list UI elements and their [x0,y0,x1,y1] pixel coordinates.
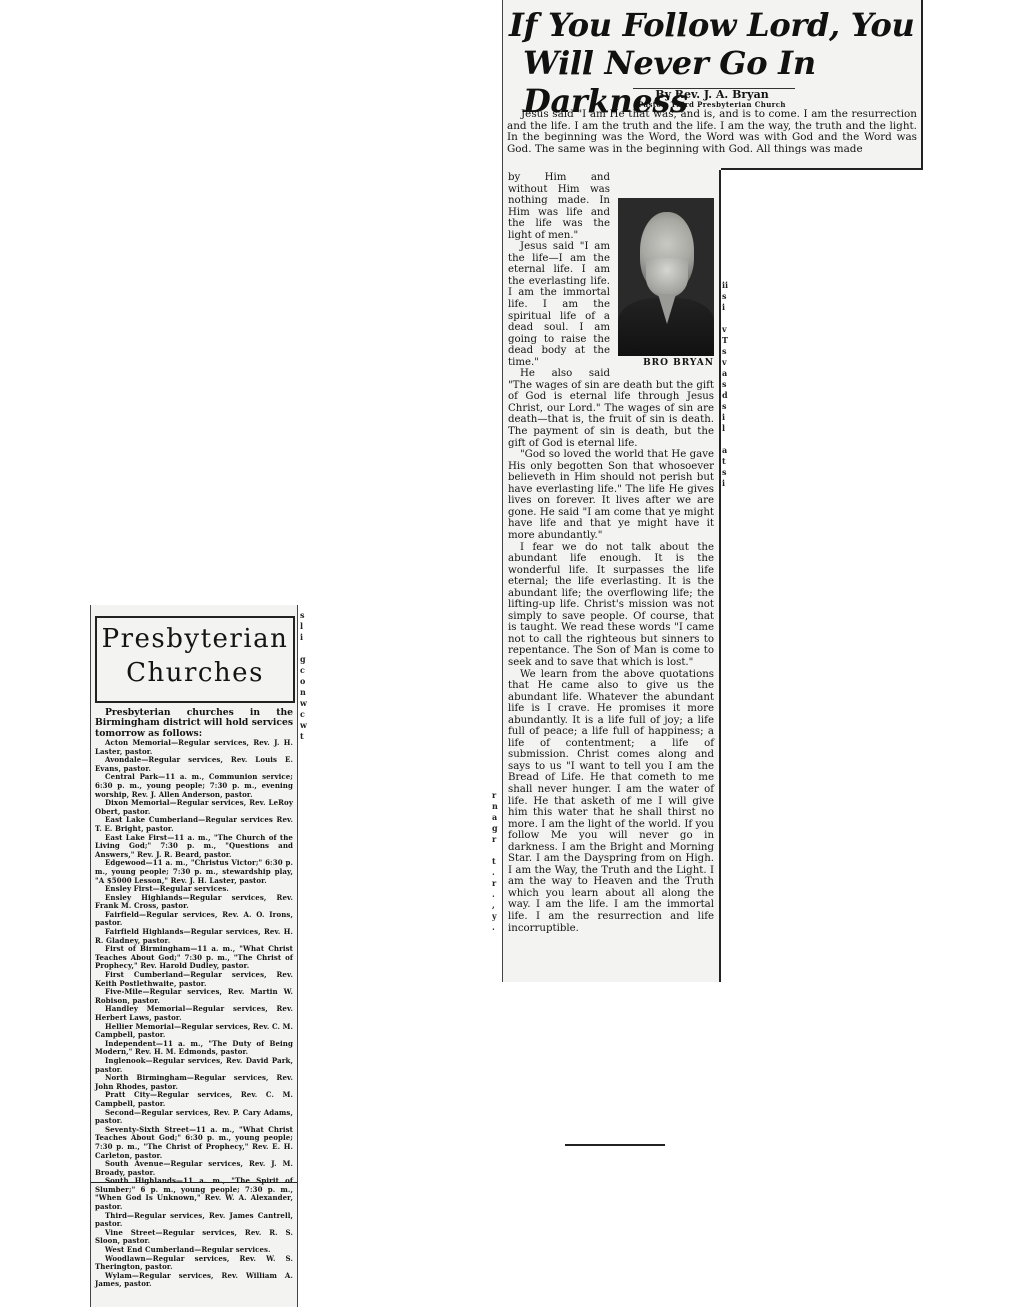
adjacent-column-fragment: sligconwcwt [300,610,308,760]
church-listing: First of Birmingham—11 a. m., "What Chri… [95,945,293,971]
headline-line-1: If You Follow Lord, You [509,6,914,44]
body-paragraph: "God so loved the world that He gave His… [508,449,714,541]
church-listing: Fairfield Highlands—Regular services, Re… [95,928,293,945]
church-listing: Inglenook—Regular services, Rev. David P… [95,1057,293,1074]
church-listing: Independent—11 a. m., "The Duty of Being… [95,1040,293,1057]
portrait-photo: BRO BRYAN [614,198,714,370]
church-listing: Dixon Memorial—Regular services, Rev. Le… [95,799,293,816]
church-listing: Ensley Highlands—Regular services, Rev. … [95,894,293,911]
church-listing: South Avenue—Regular services, Rev. J. M… [95,1160,293,1177]
article-body: BRO BRYAN by Him and without Him was not… [502,170,721,982]
lead-paragraph: Jesus said "I am He that was, and is, an… [507,109,917,155]
article-header: If You Follow Lord, You Will Never Go In… [502,0,923,170]
church-listing: Wylam—Regular services, Rev. William A. … [95,1272,293,1289]
church-listing: Acton Memorial—Regular services, Rev. J.… [95,739,293,756]
church-listing: Fairfield—Regular services, Rev. A. O. I… [95,911,293,928]
photo-caption: BRO BRYAN [614,358,714,370]
end-rule [565,1144,665,1146]
church-listing: Edgewood—11 a. m., "Christus Victor;" 6:… [95,859,293,885]
intro-paragraph: Presbyterian churches in the Birmingham … [95,708,293,739]
portrait-image [618,198,714,356]
section-title: Presbyterian Churches [97,622,293,690]
church-list: Acton Memorial—Regular services, Rev. J.… [95,739,293,1289]
section-rule [721,168,921,170]
clipping-cut-line [91,1182,297,1183]
body-text: BRO BRYAN by Him and without Him was not… [508,172,714,934]
church-listing: Second—Regular services, Rev. P. Cary Ad… [95,1109,293,1126]
church-listing: Five-Mile—Regular services, Rev. Martin … [95,988,293,1005]
church-listing: Avondale—Regular services, Rev. Louis E.… [95,756,293,773]
church-listing: Seventy-Sixth Street—11 a. m., "What Chr… [95,1126,293,1160]
church-listing: North Birmingham—Regular services, Rev. … [95,1074,293,1091]
church-listing: Central Park—11 a. m., Communion service… [95,773,293,799]
church-listings-article: Presbyterian Churches Presbyterian churc… [90,605,298,1307]
church-listing: First Cumberland—Regular services, Rev. … [95,971,293,988]
church-listing: Third—Regular services, Rev. James Cantr… [95,1212,293,1229]
church-listing: Handley Memorial—Regular services, Rev. … [95,1005,293,1022]
title-box: Presbyterian Churches [95,616,295,703]
body-paragraph: I fear we do not talk about the abundant… [508,542,714,669]
church-listing: East Lake Cumberland—Regular services Re… [95,816,293,833]
church-listing: Woodlawn—Regular services, Rev. W. S. Th… [95,1255,293,1272]
adjacent-column-fragment: iisivTsvasdsilatsi [722,280,730,540]
body-paragraph: He also said "The wages of sin are death… [508,368,714,449]
adjacent-column-fragment: rnagrt.r.,y. [492,790,500,970]
church-listing: Hellier Memorial—Regular services, Rev. … [95,1023,293,1040]
church-listing: Vine Street—Regular services, Rev. R. S.… [95,1229,293,1246]
body-paragraph: We learn from the above quotations that … [508,669,714,935]
church-listing: East Lake First—11 a. m., "The Church of… [95,834,293,860]
church-listing: Pratt City—Regular services, Rev. C. M. … [95,1091,293,1108]
